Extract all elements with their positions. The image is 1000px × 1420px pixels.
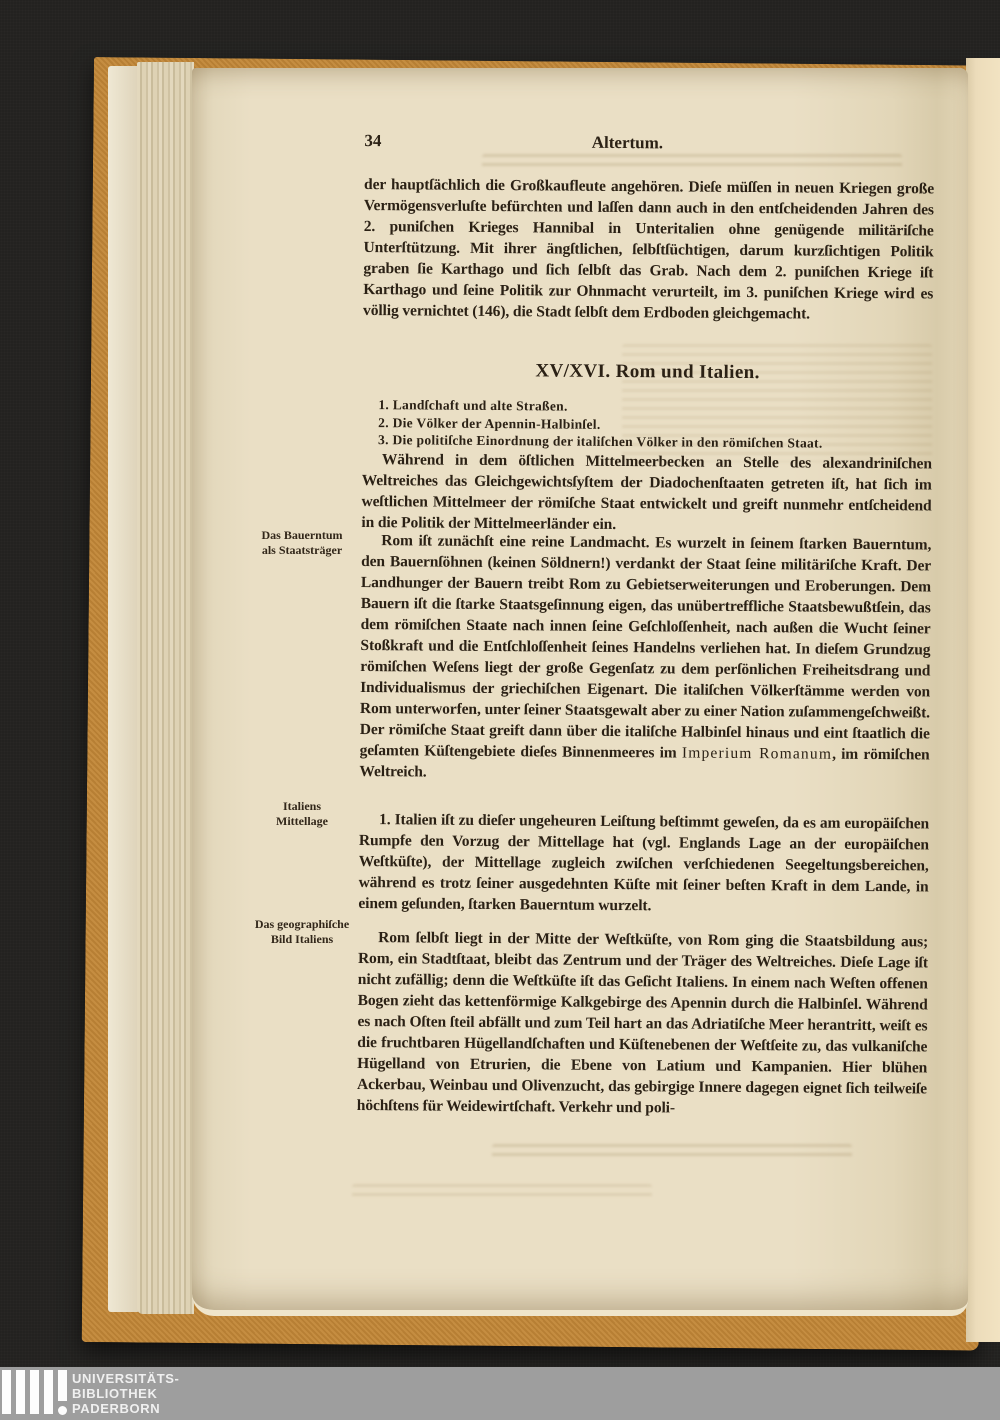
latin-antiqua-phrase: Imperium Romanum	[682, 745, 832, 763]
margin-note-bauerntum: Das Bauerntum als Staatsträger	[234, 528, 370, 557]
margin-note-line: Mittellage	[234, 814, 370, 829]
section-heading: XV/XVI. Rom und Italien.	[363, 359, 933, 385]
margin-note-line: Italiens	[234, 799, 370, 814]
paragraph-text: Rom iſt zunächſt eine reine Landmacht. E…	[360, 532, 932, 761]
library-name-line: BIBLIOTHEK	[72, 1386, 179, 1401]
paragraph-continuation: der hauptſächlich die Großkaufleute ange…	[363, 174, 934, 325]
library-name-line: UNIVERSITÄTS-	[72, 1371, 179, 1386]
facing-page-edge	[966, 58, 1000, 1342]
book-endpaper-edge	[108, 66, 140, 1312]
paragraph-rom-landmacht: Rom iſt zunächſt eine reine Landmacht. E…	[359, 530, 931, 786]
margin-note-line: als Staatsträger	[234, 543, 370, 558]
scanned-book-page: 34 Altertum. der hauptſächlich die Großk…	[192, 68, 968, 1316]
page-text-block: 34 Altertum. der hauptſächlich die Großk…	[182, 66, 968, 1314]
section-contents-list: 1. Landſchaft und alte Straßen. 2. Die V…	[378, 396, 938, 453]
paragraph-italien-mittellage: 1. Italien iſt zu dieſer ungeheuren Leiſ…	[358, 809, 929, 918]
margin-note-line: Bild Italiens	[234, 932, 370, 947]
library-name: UNIVERSITÄTS- BIBLIOTHEK PADERBORN	[57, 1371, 179, 1416]
library-name-line: PADERBORN	[72, 1401, 179, 1416]
library-footer-bar: UNIVERSITÄTS- BIBLIOTHEK PADERBORN	[0, 1367, 1000, 1420]
margin-note-line: Das Bauerntum	[234, 528, 370, 543]
margin-note-line: Das geographiſche	[234, 917, 370, 932]
margin-note-mittellage: Italiens Mittellage	[234, 799, 370, 828]
paragraph-westkueste: Rom ſelbſt liegt in der Mitte der Weſtkü…	[357, 927, 928, 1120]
running-header: Altertum.	[342, 131, 912, 155]
scan-viewport: { "colors": { "background": "#232220", "…	[0, 0, 1000, 1420]
margin-note-geographisches-bild: Das geographiſche Bild Italiens	[234, 917, 370, 946]
page-header-row: 34 Altertum.	[364, 131, 934, 159]
paragraph-mittelmeer: Während in dem öſtlichen Mittelmeerbecke…	[361, 449, 932, 537]
